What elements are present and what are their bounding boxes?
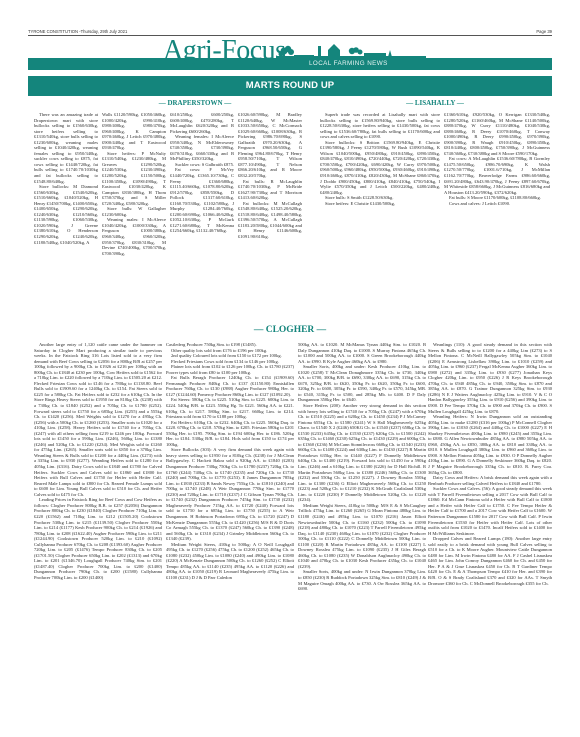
paragraph: Fat Steers: 580kg Ch. to £225. 510kg Sim… [166,397,294,419]
farm-skyline-icon [276,42,426,60]
paragraph: Weanlings (110): A good steady demand in… [428,342,552,414]
heading-draperstown: — DRAPERSTOWN — [130,99,260,107]
agri-focus-masthead: Agri-Focus LOCAL FARMING NEWS [28,37,552,71]
heading-lisahally: — LISAHALLY — [370,99,500,107]
paragraph: Store heifers: P McNulty £1310/540kg, £1… [102,151,166,206]
masthead-subtitle: LOCAL FARMING NEWS [309,59,388,69]
section-title-bar: MARTS ROUND UP [28,76,552,96]
paragraph: Medium Weight Steers, 410kg to 500kg: A … [166,542,294,581]
draperstown-column-3: £610/250kg, £600/250kg, £600/400kg, £470… [170,112,234,307]
paragraph: Weaning males: I McAleece £1040/420kg, £… [102,217,166,256]
paragraph: Store bullocks: S Britton £1569.80/940kg… [320,140,440,195]
draperstown-column-2: Walls £1120/590kg, £1050/460kg, £1000/42… [102,112,166,307]
paragraph: Weaning females: I McAleece £950/340kg, … [170,134,234,162]
paragraph: Store Bullocks (303): A very firm demand… [166,447,294,541]
clogher-column-4: Weanlings (110): A good steady demand in… [428,342,552,702]
paragraph: Smaller Sorts, 400kg and under: N Irwin … [298,569,426,591]
paragraph: Weanling Heifers: N Irwin Dungannon sold… [428,414,552,475]
paragraph: Smaller Sorts, 400kg and under: Kesh Pro… [298,364,426,403]
heading-clogher: — CLOGHER — [28,325,552,335]
paragraph: Fat Bulls Beragh Producer 1240kg Ch. to … [166,375,294,397]
draperstown-column-4: £1026.60/590kg, M Bradley £1120/640kg, W… [238,112,302,307]
paragraph: Dropped Calves and Reared Lumps (180): A… [428,536,552,586]
paragraph: Store bulls: W Gallagher £1230/600kg. [102,206,166,217]
clogher-column-1: Another large entry of 1,120 cattle came… [34,342,162,702]
draperstown-column-1: There was an amazing trade at Draperstow… [34,112,98,307]
paragraph: 2nd quality Coloured lots sold from £150… [166,353,294,359]
paragraph: Walls £1120/590kg, £1050/460kg, £1000/42… [102,112,166,151]
running-head: TYRONE CONSTITUTION -Thursday, 29th July… [28,27,552,36]
paragraph: Medium Weight Steers, 410kg to 500kg: M/… [298,503,426,570]
paragraph: Store bullocks: M Diamond £1560/630kg, £… [34,184,98,245]
paragraph: Plainer lots sold from £102 to £126 per … [166,364,294,375]
paragraph: Leading Prices in Fatstock Ring for Beef… [34,497,162,580]
paragraph: Fat Heifers: 610kg Ch. to £232. 640kg Ch… [166,420,294,448]
paragraph: Fat bullocks: M McCullagh £1548.80/640kg… [238,201,302,240]
paragraph: Cows and calves: J Leitch £1090. [444,201,550,207]
paragraph: Fat bulls: S Moore £1170/600kg, £1108.80… [444,195,550,201]
masthead-title: Agri-Focus [163,36,286,66]
page-number: Page 39 [536,29,552,34]
paragraph: Store heifers: E Christie £1430/500kg, [320,201,440,207]
clogher-column-3: 500kg AA. to £1020. M McManus Tynan 440k… [298,342,426,702]
paragraph: Dairy Cows and Heifers: A brisk demand t… [428,475,552,486]
clogher-column-2: Castlederg Producer 750kg Sim. to £198 (… [166,342,294,702]
paragraph: Store Heifers (200): Another very strong… [298,403,426,503]
paragraph: Superb trade was recorded at Lisahally m… [320,112,440,140]
paragraph: £610/250kg, £600/250kg, £600/400kg, £470… [170,112,234,134]
paragraph: 500kg AA. to £1020. M McManus Tynan 440k… [298,342,426,364]
paragraph: £1360/610kg, £920/530kg, O Kerrigan £133… [444,112,550,156]
lisahally-column-2: £1360/610kg, £920/530kg, O Kerrigan £133… [444,112,550,307]
paragraph: There was an amazing trade at Draperstow… [34,112,98,184]
publication-dateline: TYRONE CONSTITUTION -Thursday, 29th July… [28,29,127,34]
paragraph: Another large entry of 1,120 cattle came… [34,342,162,497]
paragraph: Fat cows: F McVey £1440/720kg, £1365.10/… [170,167,234,234]
paragraph: Fat bulls: R McLaughlin £1740.70/1030kg,… [238,179,302,201]
paragraph: Fat cows: A McLaughlin £1536.60/780kg, B… [444,156,550,195]
lisahally-column-1: Superb trade was recorded at Lisahally m… [320,112,440,307]
paragraph: Suckler Cows and Calves. (56): A good st… [428,486,552,536]
paragraph: £1026.60/590kg, M Bradley £1120/640kg, W… [238,112,302,179]
